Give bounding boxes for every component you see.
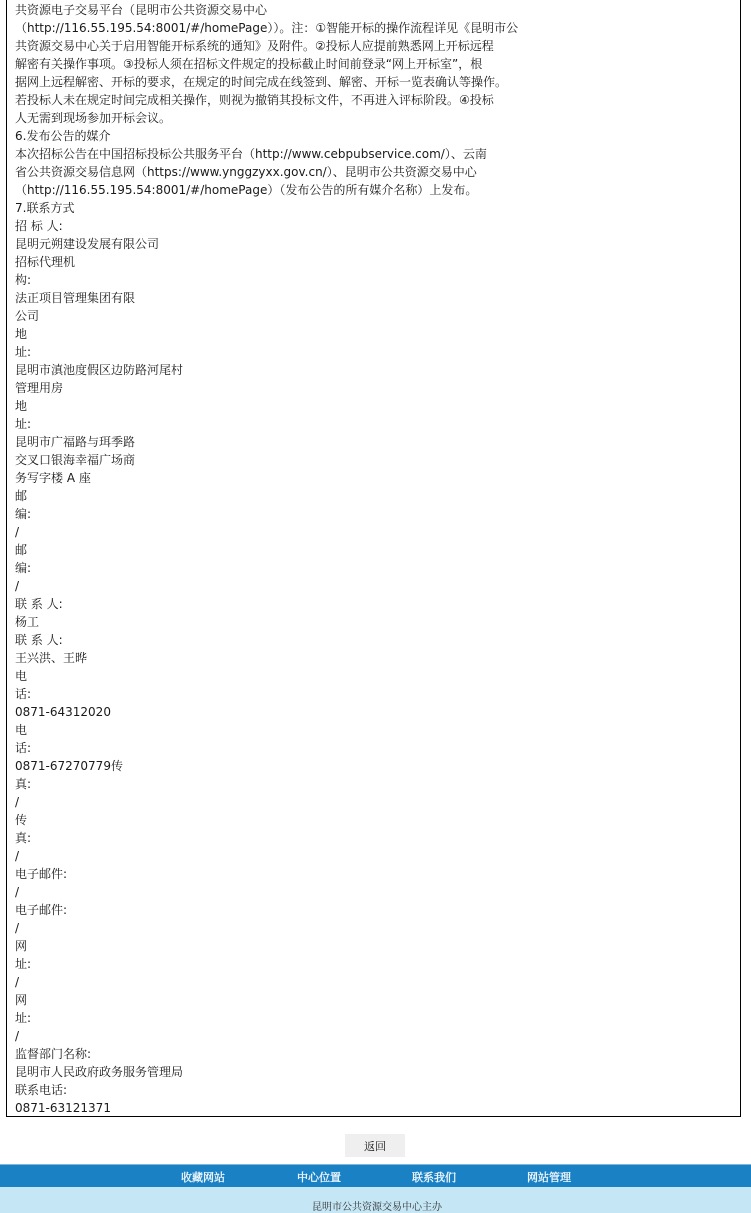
document-line: 话: [15, 739, 735, 757]
document-line: 昆明市人民政府政务服务管理局 [15, 1063, 735, 1081]
document-line: / [15, 883, 735, 901]
document-line: 联 系 人: [15, 631, 735, 649]
footer-link-bookmark[interactable]: 收藏网站 [181, 1169, 225, 1185]
document-line: 联系电话: [15, 1081, 735, 1099]
document-line: 省公共资源交易信息网（https://www.ynggzyxx.gov.cn/）… [15, 163, 735, 181]
document-line: 王兴洪、王晔 [15, 649, 735, 667]
footer-link-site-admin[interactable]: 网站管理 [527, 1169, 571, 1185]
document-line: 电子邮件: [15, 901, 735, 919]
document-line: 址: [15, 343, 735, 361]
document-line: 据网上远程解密、开标的要求，在规定的时间完成在线签到、解密、开标一览表确认等操作… [15, 73, 735, 91]
document-line: 7.联系方式 [15, 199, 735, 217]
document-line: 监督部门名称: [15, 1045, 735, 1063]
footer-link-location[interactable]: 中心位置 [297, 1169, 341, 1185]
document-line: 地 [15, 397, 735, 415]
document-line: 址: [15, 1009, 735, 1027]
document-line: 0871-64312020 [15, 703, 735, 721]
document-line: 0871-63121371 [15, 1099, 735, 1117]
document-line: / [15, 577, 735, 595]
document-line: 杨工 [15, 613, 735, 631]
document-line: / [15, 919, 735, 937]
document-line: 真: [15, 829, 735, 847]
document-line: 电 [15, 721, 735, 739]
footer-host-text: 昆明市公共资源交易中心主办 [312, 1198, 442, 1213]
document-line: 网 [15, 937, 735, 955]
document-line: 话: [15, 685, 735, 703]
document-line: 电 [15, 667, 735, 685]
document-line: 共资源电子交易平台（昆明市公共资源交易中心 [15, 1, 735, 19]
footer-link-contact[interactable]: 联系我们 [412, 1169, 456, 1185]
announcement-content-box: 共资源电子交易平台（昆明市公共资源交易中心（http://116.55.195.… [6, 0, 741, 1117]
document-line: 本次招标公告在中国招标投标公共服务平台（http://www.cebpubser… [15, 145, 735, 163]
document-line: 邮 [15, 487, 735, 505]
document-line: 真: [15, 775, 735, 793]
document-line: 地 [15, 325, 735, 343]
document-line: 邮 [15, 541, 735, 559]
footer-info: 昆明市公共资源交易中心主办 [0, 1187, 751, 1213]
document-line: 昆明市广福路与珥季路 [15, 433, 735, 451]
document-line: / [15, 523, 735, 541]
document-line: 公司 [15, 307, 735, 325]
document-line: 管理用房 [15, 379, 735, 397]
document-line: 传 [15, 811, 735, 829]
document-line: / [15, 973, 735, 991]
document-line: 0871-67270779传 [15, 757, 735, 775]
back-button[interactable]: 返回 [345, 1134, 405, 1157]
announcement-text: 共资源电子交易平台（昆明市公共资源交易中心（http://116.55.195.… [15, 1, 735, 1117]
document-line: 解密有关操作事项。③投标人须在招标文件规定的投标截止时间前登录“网上开标室”，根 [15, 55, 735, 73]
document-line: 址: [15, 955, 735, 973]
footer-nav: 收藏网站 中心位置 联系我们 网站管理 [0, 1164, 751, 1187]
document-line: 6.发布公告的媒介 [15, 127, 735, 145]
document-line: 电子邮件: [15, 865, 735, 883]
document-line: 若投标人未在规定时间完成相关操作，则视为撤销其投标文件，不再进入评标阶段。④投标 [15, 91, 735, 109]
document-line: 编: [15, 559, 735, 577]
document-line: 址: [15, 415, 735, 433]
document-line: / [15, 793, 735, 811]
document-line: 构: [15, 271, 735, 289]
document-line: 共资源交易中心关于启用智能开标系统的通知》及附件。②投标人应提前熟悉网上开标远程 [15, 37, 735, 55]
document-line: 网 [15, 991, 735, 1009]
document-line: 招 标 人: [15, 217, 735, 235]
document-line: （http://116.55.195.54:8001/#/homePage））。… [15, 19, 735, 37]
document-line: 人无需到现场参加开标会议。 [15, 109, 735, 127]
document-line: 招标代理机 [15, 253, 735, 271]
document-line: （http://116.55.195.54:8001/#/homePage）（发… [15, 181, 735, 199]
document-line: 编: [15, 505, 735, 523]
document-line: 交叉口银海幸福广场商 [15, 451, 735, 469]
document-line: 昆明元朔建设发展有限公司 [15, 235, 735, 253]
document-line: 法正项目管理集团有限 [15, 289, 735, 307]
document-line: / [15, 847, 735, 865]
document-line: 联 系 人: [15, 595, 735, 613]
document-line: 昆明市滇池度假区边防路河尾村 [15, 361, 735, 379]
document-line: 务写字楼 A 座 [15, 469, 735, 487]
document-line: / [15, 1027, 735, 1045]
